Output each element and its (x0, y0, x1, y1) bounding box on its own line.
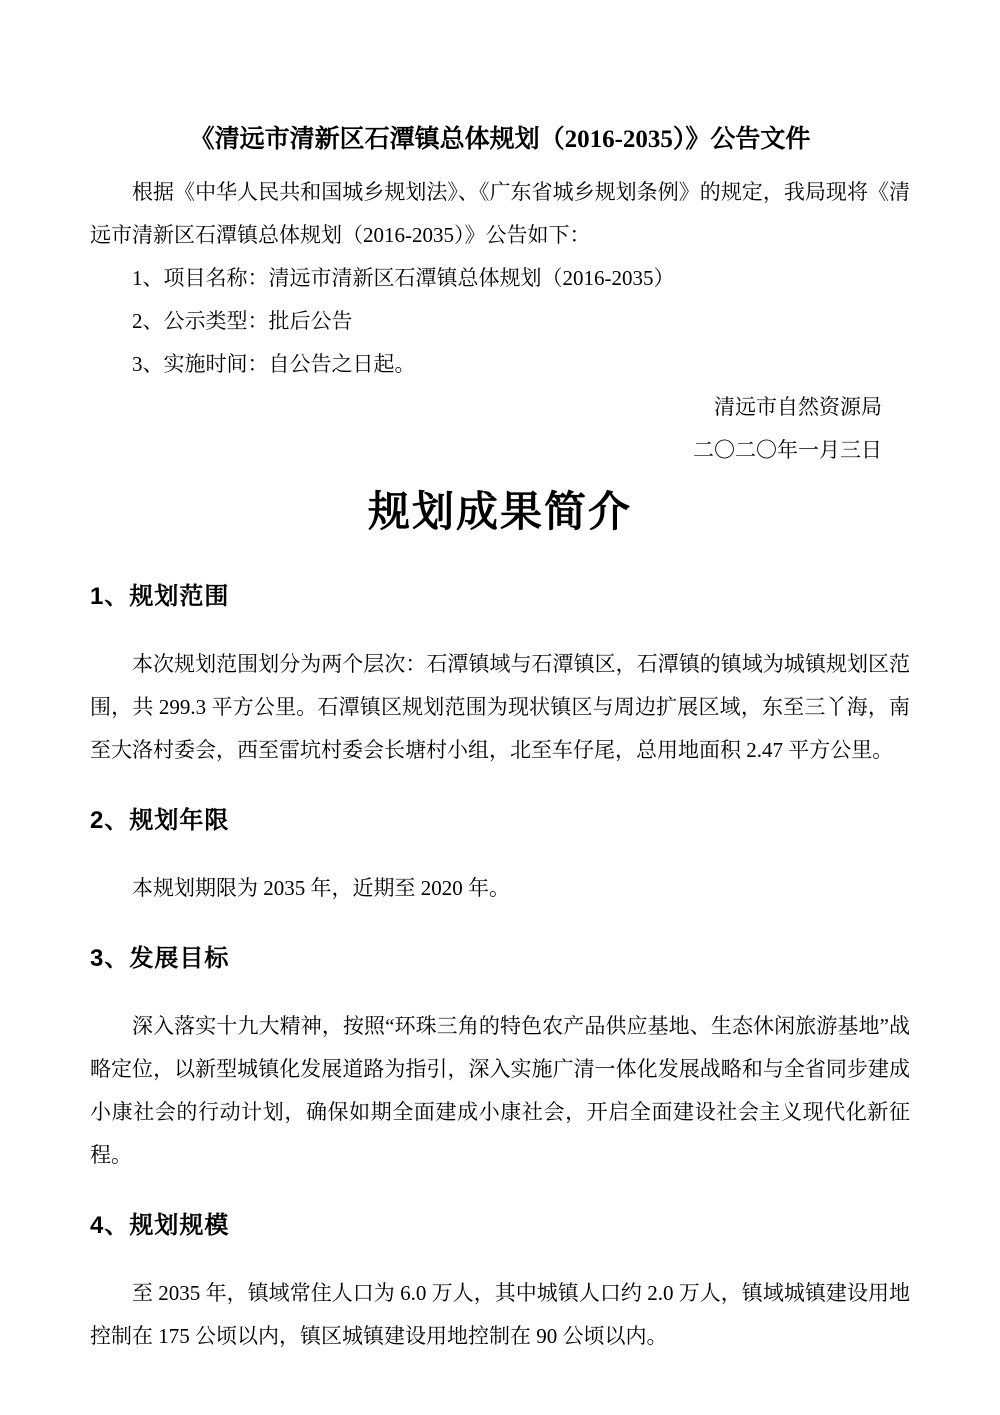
section-heading-planning-scope: 1、规划范围 (90, 581, 910, 612)
document-background: { "notice": { "title": "《清远市清新区石潭镇总体规划（2… (0, 0, 1000, 1415)
signature-agency: 清远市自然资源局 (90, 386, 882, 429)
notice-item-effective-date: 3、实施时间：自公告之日起。 (90, 343, 910, 386)
section-body-planning-scale: 至 2035 年，镇域常住人口为 6.0 万人，其中城镇人口约 2.0 万人，镇… (90, 1272, 910, 1358)
section-heading-planning-period: 2、规划年限 (90, 805, 910, 836)
section-heading-planning-scale: 4、规划规模 (90, 1210, 910, 1241)
document-page: 《清远市清新区石潭镇总体规划（2016-2035）》公告文件 根据《中华人民共和… (0, 0, 1000, 1415)
section-heading-development-goal: 3、发展目标 (90, 943, 910, 974)
notice-item-project-name: 1、项目名称：清远市清新区石潭镇总体规划（2016-2035） (90, 257, 910, 300)
section-body-planning-period: 本规划期限为 2035 年，近期至 2020 年。 (90, 867, 910, 910)
section-body-planning-scope: 本次规划范围划分为两个层次：石潭镇域与石潭镇区，石潭镇的镇域为城镇规划区范围，共… (90, 643, 910, 772)
signature-block: 清远市自然资源局 二〇二〇年一月三日 (90, 386, 910, 472)
summary-title: 规划成果简介 (90, 486, 910, 541)
section-body-development-goal: 深入落实十九大精神，按照“环珠三角的特色农产品供应基地、生态休闲旅游基地”战略定… (90, 1005, 910, 1177)
notice-item-publicity-type: 2、公示类型：批后公告 (90, 300, 910, 343)
notice-intro-paragraph: 根据《中华人民共和国城乡规划法》、《广东省城乡规划条例》的规定，我局现将《清远市… (90, 171, 910, 257)
signature-date: 二〇二〇年一月三日 (90, 429, 882, 472)
notice-title: 《清远市清新区石潭镇总体规划（2016-2035）》公告文件 (90, 122, 910, 157)
